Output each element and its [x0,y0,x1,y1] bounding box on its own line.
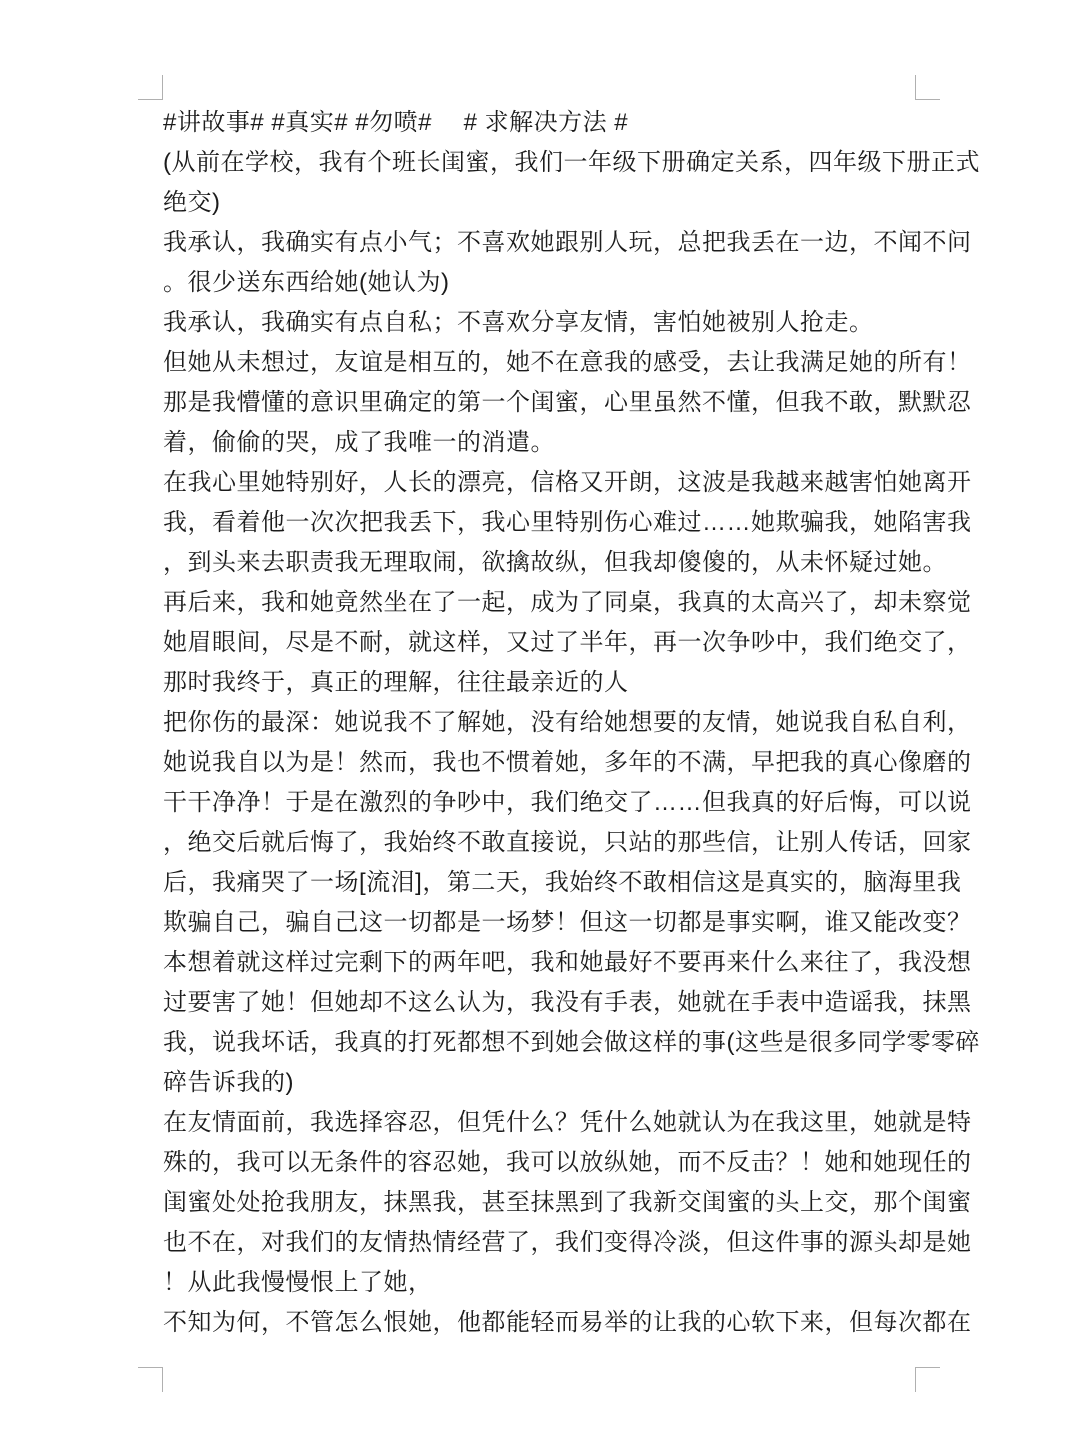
text-line[interactable]: 那时我终于，真正的理解，往往最亲近的人 [163,663,917,703]
text-line[interactable]: 在我心里她特别好，人长的漂亮，信格又开朗，这波是我越来越害怕她离开 [163,463,917,503]
text-line[interactable]: 那是我懵懂的意识里确定的第一个闺蜜，心里虽然不懂，但我不敢，默默忍 [163,383,917,423]
text-line[interactable]: (从前在学校，我有个班长闺蜜，我们一年级下册确定关系，四年级下册正式 [163,143,917,183]
text-line[interactable]: 在友情面前，我选择容忍，但凭什么？凭什么她就认为在我这里，她就是特 [163,1103,917,1143]
document-text[interactable]: #讲故事# #真实# #勿喷# # 求解决方法 #(从前在学校，我有个班长闺蜜，… [163,103,917,1343]
text-line[interactable]: 但她从未想过，友谊是相互的，她不在意我的感受，去让我满足她的所有！ [163,343,917,383]
text-line[interactable]: 碎告诉我的) [163,1063,917,1103]
text-line[interactable]: 她说我自以为是！然而，我也不惯着她，多年的不满，早把我的真心像磨的 [163,743,917,783]
text-line[interactable]: 我承认，我确实有点自私；不喜欢分享友情，害怕她被别人抢走。 [163,303,917,343]
text-line[interactable]: 我，看着他一次次把我丢下，我心里特别伤心难过……她欺骗我，她陷害我 [163,503,917,543]
text-line[interactable]: ，绝交后就后悔了，我始终不敢直接说，只站的那些信，让别人传话，回家 [163,823,917,863]
margin-mark-top-left [138,75,163,100]
text-line[interactable]: 她眉眼间，尽是不耐，就这样，又过了半年，再一次争吵中，我们绝交了， [163,623,917,663]
text-line[interactable]: 不知为何，不管怎么恨她，他都能轻而易举的让我的心软下来，但每次都在 [163,1303,917,1343]
margin-mark-top-right [915,75,940,100]
document-page: #讲故事# #真实# #勿喷# # 求解决方法 #(从前在学校，我有个班长闺蜜，… [0,0,1080,1433]
text-line[interactable]: 也不在，对我们的友情热情经营了，我们变得冷淡，但这件事的源头却是她 [163,1223,917,1263]
text-line[interactable]: 过要害了她！但她却不这么认为，我没有手表，她就在手表中造谣我，抹黑 [163,983,917,1023]
text-line[interactable]: ，到头来去职责我无理取闹，欲擒故纵，但我却傻傻的，从未怀疑过她。 [163,543,917,583]
text-line[interactable]: 闺蜜处处抢我朋友，抹黑我，甚至抹黑到了我新交闺蜜的头上交，那个闺蜜 [163,1183,917,1223]
text-line[interactable]: 我，说我坏话，我真的打死都想不到她会做这样的事(这些是很多同学零零碎 [163,1023,917,1063]
text-line[interactable]: 欺骗自己，骗自己这一切都是一场梦！但这一切都是事实啊，谁又能改变？ [163,903,917,943]
text-line[interactable]: 我承认，我确实有点小气；不喜欢她跟别人玩，总把我丢在一边，不闻不问 [163,223,917,263]
text-line[interactable]: #讲故事# #真实# #勿喷# # 求解决方法 # [163,103,917,143]
text-line[interactable]: 本想着就这样过完剩下的两年吧，我和她最好不要再来什么来往了，我没想 [163,943,917,983]
text-line[interactable]: 着，偷偷的哭，成了我唯一的消遣。 [163,423,917,463]
text-line[interactable]: 把你伤的最深：她说我不了解她，没有给她想要的友情，她说我自私自利， [163,703,917,743]
margin-mark-bottom-left [138,1367,163,1392]
text-line[interactable]: 。很少送东西给她(她认为) [163,263,917,303]
text-line[interactable]: 殊的，我可以无条件的容忍她，我可以放纵她，而不反击？！她和她现任的 [163,1143,917,1183]
text-line[interactable]: 绝交) [163,183,917,223]
text-line[interactable]: 再后来，我和她竟然坐在了一起，成为了同桌，我真的太高兴了，却未察觉 [163,583,917,623]
text-line[interactable]: ！从此我慢慢恨上了她， [163,1263,917,1303]
margin-mark-bottom-right [915,1367,940,1392]
text-line[interactable]: 后，我痛哭了一场[流泪]，第二天，我始终不敢相信这是真实的，脑海里我 [163,863,917,903]
text-line[interactable]: 干干净净！于是在激烈的争吵中，我们绝交了……但我真的好后悔，可以说 [163,783,917,823]
